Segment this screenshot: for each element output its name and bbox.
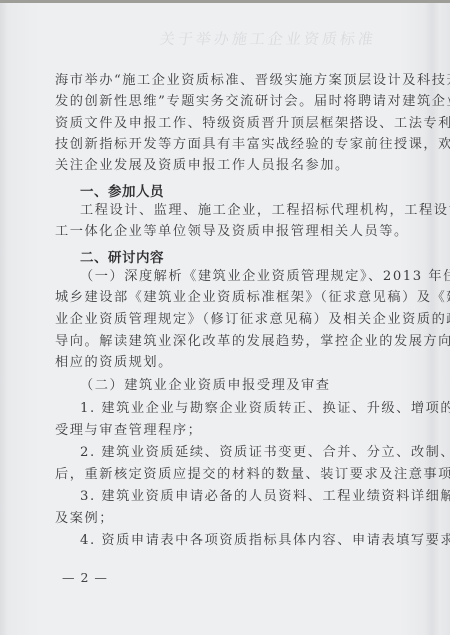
intro-line: 技创新指标开发等方面具有丰富实战经验的专家前往授课，欢迎 (55, 136, 395, 154)
body-line: 工一体化企业等单位领导及资质申报管理相关人员等。 (55, 223, 395, 241)
section-heading-participants: 一、参加人员 (80, 180, 164, 200)
intro-line: 关注企业发展及资质申报工作人员报名参加。 (55, 157, 395, 175)
intro-line: 海市举办“施工企业资质标准、晋级实施方案顶层设计及科技开 (55, 72, 395, 90)
list-item: 受理与审查管理程序； (55, 422, 395, 440)
list-item: 1. 建筑业企业与勘察企业资质转正、换证、升级、增项的申报 (80, 400, 420, 418)
section-heading-content: 二、研讨内容 (80, 246, 164, 266)
list-item: 2. 建筑业资质延续、资质证书变更、合并、分立、改制、重组 (80, 444, 420, 462)
intro-line: 资质文件及申报工作、特级资质晋升顶层框架搭设、工法专利科 (55, 115, 395, 133)
body-line: （一）深度解析《建筑业企业资质管理规定》、2013 年住房和 (80, 268, 420, 286)
list-item: 及案例； (55, 510, 395, 528)
body-line: 相应的资质规划。 (55, 354, 395, 372)
list-item: 后，重新核定资质应提交的材料的数量、装订要求及注意事项； (55, 466, 395, 484)
list-item: 4. 资质申请表中各项资质指标具体内容、申请表填写要求及 (80, 532, 420, 550)
list-item: 3. 建筑业资质申请必备的人员资料、工程业绩资料详细解读 (80, 488, 420, 506)
subsection-heading: （二）建筑业企业资质申报受理及审查 (80, 377, 420, 395)
scan-edge (0, 0, 450, 3)
intro-line: 发的创新性思维”专题实务交流研讨会。届时将聘请对建筑企业 (55, 93, 395, 111)
body-line: 业企业资质管理规定》（修订征求意见稿）及相关企业资质的政策 (55, 311, 395, 329)
bleed-through-text: 关于举办施工企业资质标准 (158, 28, 381, 50)
page-number: — 2 — (62, 570, 108, 585)
body-line: 工程设计、监理、施工企业，工程招标代理机构，工程设计施 (80, 202, 420, 220)
body-line: 导向。解读建筑业深化改革的发展趋势，掌控企业的发展方向及 (55, 333, 395, 351)
body-line: 城乡建设部《建筑业企业资质标准框架》（征求意见稿）及《建筑 (55, 289, 395, 307)
document-page: 关于举办施工企业资质标准 海市举办“施工企业资质标准、晋级实施方案顶层设计及科技… (0, 0, 450, 635)
